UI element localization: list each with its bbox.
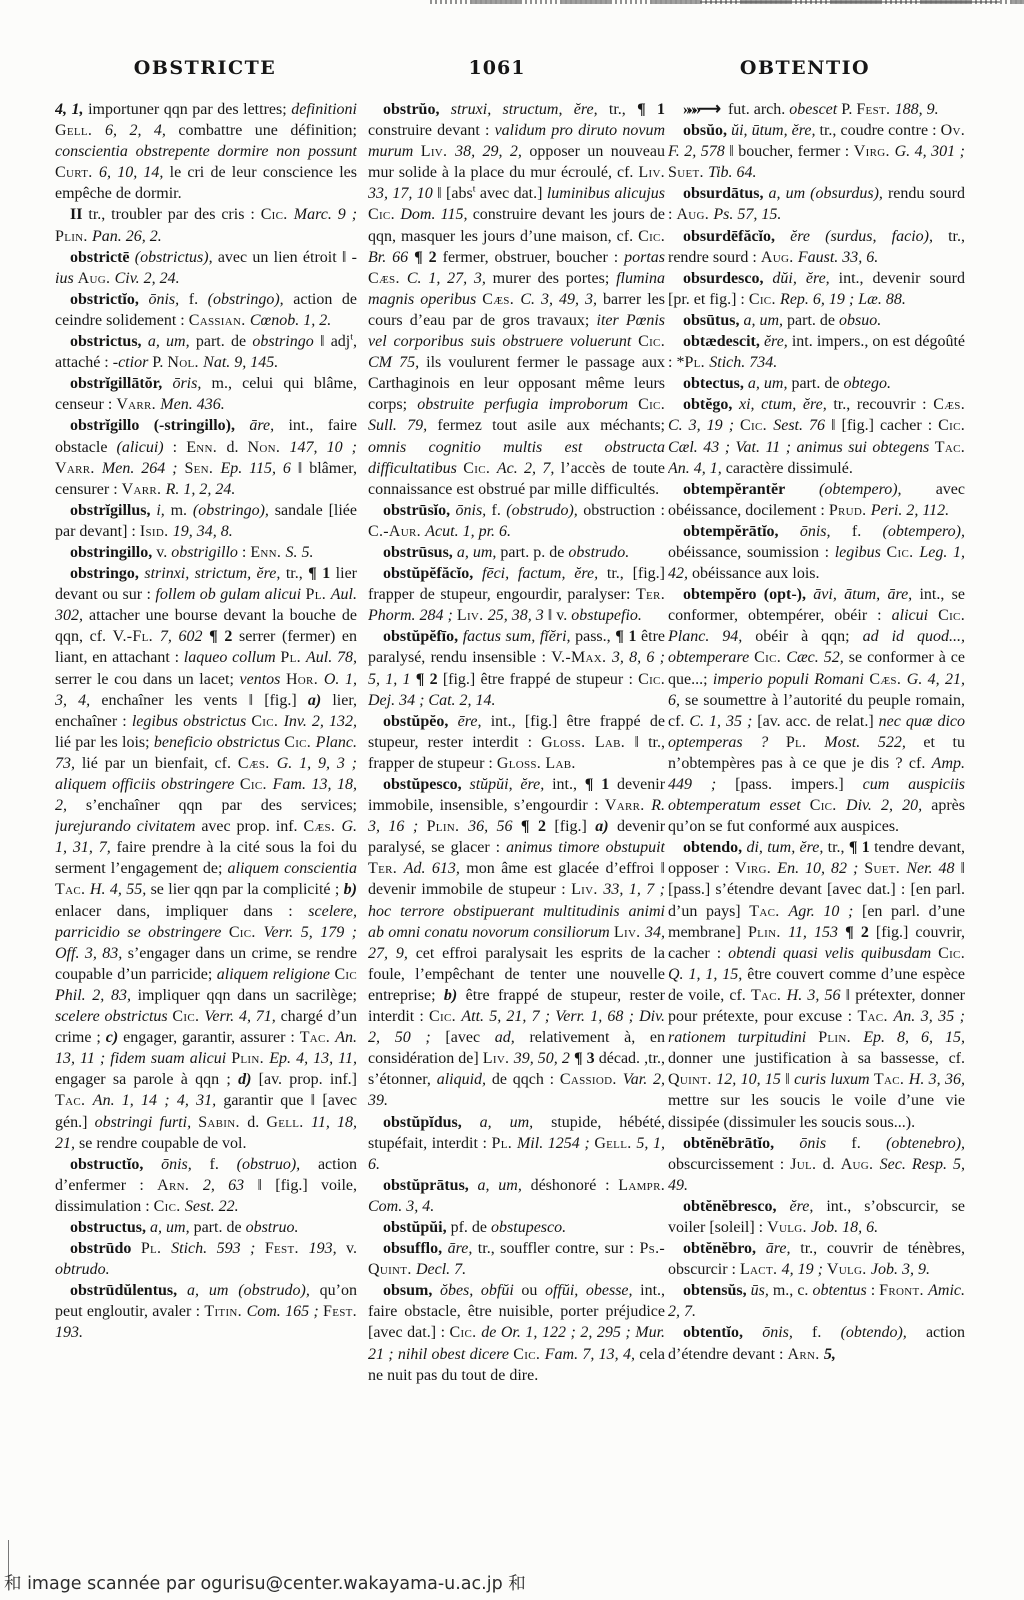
dictionary-column-3: »»»⟶ fut. arch. obescet P. Fest. 188, 9.… xyxy=(668,99,965,1544)
entry-paragraph: obstrūdŭlentus, a, um (obstrudo), qu’on … xyxy=(55,1280,357,1343)
dictionary-column-2: obstrŭo, struxi, structum, ĕre, tr., ¶ 1… xyxy=(368,99,665,1544)
entry-paragraph: »»»⟶ fut. arch. obescet P. Fest. 188, 9. xyxy=(668,99,965,120)
dictionary-column-1: 4, 1, importuner qqn par des lettres; de… xyxy=(55,99,357,1544)
entry-paragraph: obsurdesco, dŭi, ĕre, int., devenir sour… xyxy=(668,268,965,310)
header-right-keyword: OBTENTIO xyxy=(655,57,955,79)
entry-paragraph: obstrictē (obstrictus), avec un lien étr… xyxy=(55,247,357,289)
entry-paragraph: obtĕgo, xi, ctum, ĕre, tr., recouvrir : … xyxy=(668,394,965,478)
entry-paragraph: obstŭpŭi, pf. de obstupesco. xyxy=(368,1217,665,1238)
entry-paragraph: obsum, ŏbes, obfŭi ou offŭi, obesse, int… xyxy=(368,1280,665,1385)
entry-paragraph: obstringo, strinxi, strictum, ĕre, tr., … xyxy=(55,563,357,1154)
header-left-keyword: OBSTRICTE xyxy=(55,57,355,79)
entry-paragraph: obtempĕro (opt-), āvi, ātum, āre, int., … xyxy=(668,584,965,837)
entry-paragraph: obstŭpĕo, ēre, int., [fig.] être frappé … xyxy=(368,711,665,774)
entry-paragraph: obstrĭgillātŏr, ōris, m., celui qui blâm… xyxy=(55,373,357,415)
entry-paragraph: obtentĭo, ōnis, f. (obtendo), action d’é… xyxy=(668,1322,965,1364)
entry-paragraph: obstrictĭo, ōnis, f. (obstringo), action… xyxy=(55,289,357,331)
entry-paragraph: obstrictus, a, um, part. de obstringo ‖ … xyxy=(55,331,357,373)
entry-paragraph: obsūtus, a, um, part. de obsuo. xyxy=(668,310,965,331)
entry-paragraph: obtempĕrātĭo, ōnis, f. (obtempero), obéi… xyxy=(668,521,965,584)
scan-artifact-top-2 xyxy=(700,1,1000,3)
entry-paragraph: obstrŭo, struxi, structum, ĕre, tr., ¶ 1… xyxy=(368,99,665,500)
entry-paragraph: obstrĭgillus, i, m. (obstringo), sandale… xyxy=(55,500,357,542)
entry-paragraph: obstŭpĕfăcĭo, fēci, factum, ĕre, tr., [f… xyxy=(368,563,665,626)
scan-credit-footer: 和 image scannée par ogurisu@center.wakay… xyxy=(4,1570,526,1595)
entry-paragraph: obtensŭs, ūs, m., c. obtentus : Front. A… xyxy=(668,1280,965,1322)
entry-paragraph: obstringillo, v. obstrigillo : Enn. S. 5… xyxy=(55,542,357,563)
entry-paragraph: obsurdēfăcĭo, ĕre (surdus, facio), tr., … xyxy=(668,226,965,268)
entry-paragraph: obtĕnĕbro, āre, tr., couvrir de ténèbres… xyxy=(668,1238,965,1280)
entry-paragraph: 4, 1, importuner qqn par des lettres; de… xyxy=(55,99,357,204)
entry-paragraph: obtĕnĕbresco, ĕre, int., s’obscurcir, se… xyxy=(668,1196,965,1238)
entry-paragraph: obsufflo, āre, tr., souffler contre, sur… xyxy=(368,1238,665,1280)
entry-paragraph: obstŭpĕfīo, factus sum, fĭĕri, pass., ¶ … xyxy=(368,626,665,710)
entry-paragraph: obstrĭgillo (-stringillo), āre, int., fa… xyxy=(55,415,357,499)
entry-paragraph: obstructĭo, ōnis, f. (obstruo), action d… xyxy=(55,1154,357,1217)
entry-paragraph: obtectus, a, um, part. de obtego. xyxy=(668,373,965,394)
entry-paragraph: obstrūdo Pl. Stich. 593 ; Fest. 193, v. … xyxy=(55,1238,357,1280)
page-number: 1061 xyxy=(347,57,647,79)
entry-paragraph: obsurdātus, a, um (obsurdus), rendu sour… xyxy=(668,183,965,225)
entry-paragraph: obsŭo, ŭi, ūtum, ĕre, tr., coudre contre… xyxy=(668,120,965,183)
entry-paragraph: obtendo, di, tum, ĕre, tr., ¶ 1 tendre d… xyxy=(668,837,965,1132)
entry-paragraph: obtĕnĕbrātĭo, ōnis f. (obtenebro), obscu… xyxy=(668,1133,965,1196)
scanned-dictionary-page: OBSTRICTE 1061 OBTENTIO 4, 1, importuner… xyxy=(0,0,1024,1600)
entry-paragraph: obtempĕrantĕr (obtempero), avec obéissan… xyxy=(668,479,965,521)
entry-paragraph: II tr., troubler par des cris : Cic. Mar… xyxy=(55,204,357,246)
entry-paragraph: obstŭpĭdus, a, um, stupide, hébété, stup… xyxy=(368,1112,665,1175)
entry-paragraph: obstŭprātus, a, um, déshonoré : Lampr. C… xyxy=(368,1175,665,1217)
entry-paragraph: obtædescit, ĕre, int. impers., on est dé… xyxy=(668,331,965,373)
entry-paragraph: obstŭpesco, stŭpŭi, ĕre, int., ¶ 1 deven… xyxy=(368,774,665,1112)
entry-paragraph: obstructus, a, um, part. de obstruo. xyxy=(55,1217,357,1238)
entry-paragraph: obstrūsus, a, um, part. p. de obstrudo. xyxy=(368,542,665,563)
entry-paragraph: obstrūsĭo, ōnis, f. (obstrudo), obstruct… xyxy=(368,500,665,542)
